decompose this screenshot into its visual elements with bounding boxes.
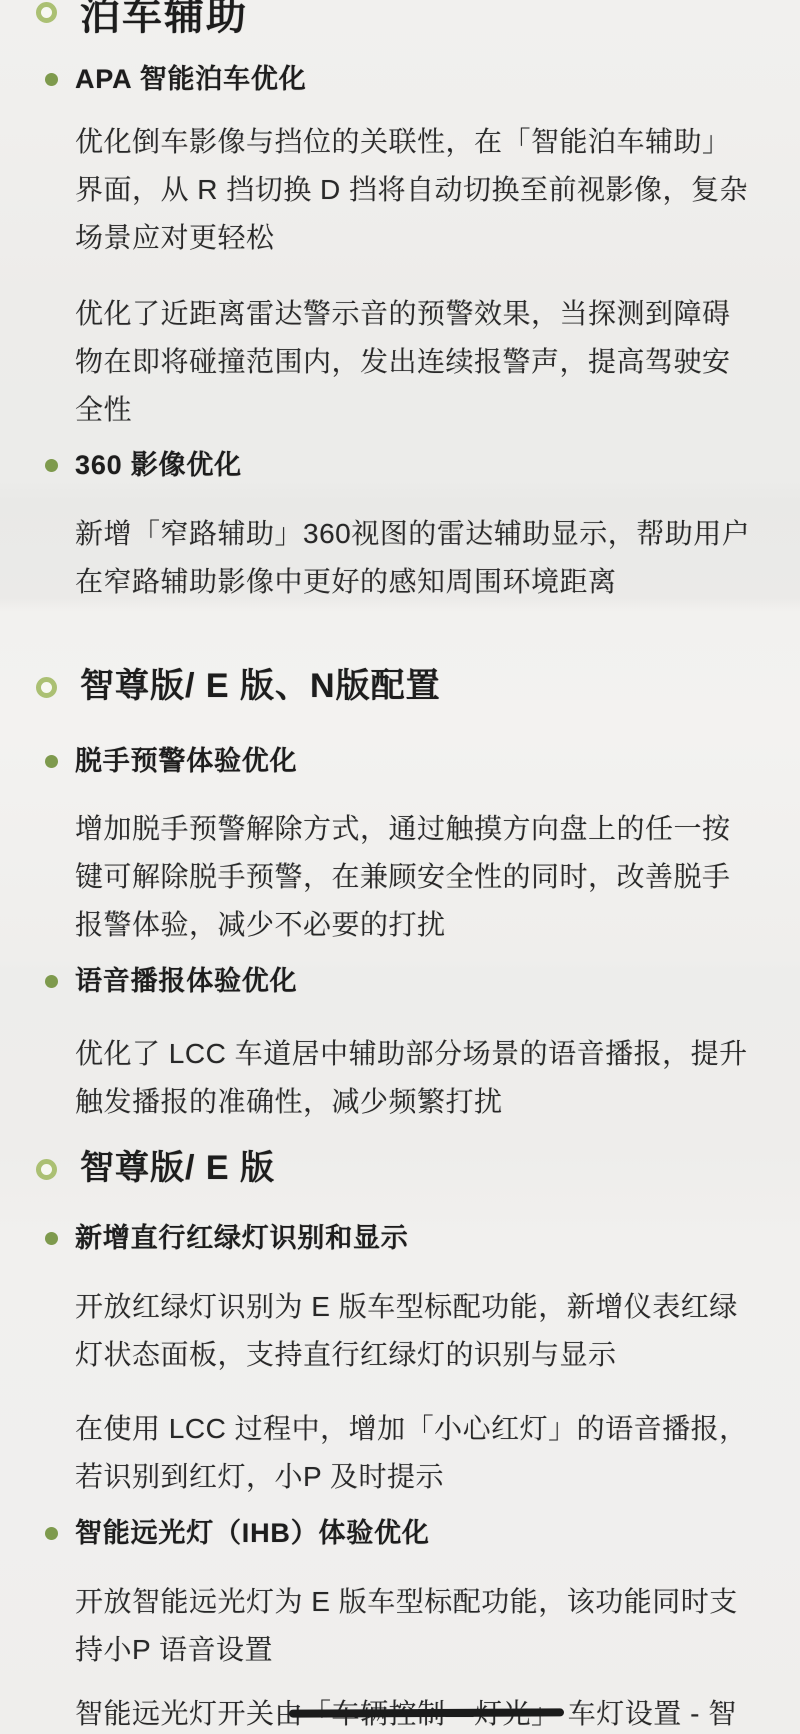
item-heading-text: APA 智能泊车优化 [75,59,307,99]
section-heading-zhizun-e-n: 智尊版/ E 版、N版配置 [36,664,441,708]
section-heading-text: 智尊版/ E 版 [80,1146,275,1190]
strike-suffix-text: 车灯设置 - 智 [560,1698,737,1729]
item-heading-text: 脱手预警体验优化 [75,741,297,781]
item-heading-apa: APA 智能泊车优化 [45,59,307,99]
section-heading-text: 智尊版/ E 版、N版配置 [80,664,441,708]
item-heading-ihb: 智能远光灯（IHB）体验优化 [45,1513,430,1553]
release-notes-page: 泊车辅助 APA 智能泊车优化 优化倒车影像与挡位的关联性，在「智能泊车辅助」界… [0,0,800,1734]
item-heading-traffic-light: 新增直行红绿灯识别和显示 [45,1218,409,1258]
paragraph: 优化倒车影像与挡位的关联性，在「智能泊车辅助」界面，从 R 挡切换 D 挡将自动… [75,118,757,262]
dot-bullet-icon [45,1527,58,1540]
item-heading-text: 语音播报体验优化 [75,961,297,1001]
paragraph: 在使用 LCC 过程中，增加「小心红灯」的语音播报，若识别到红灯，小P 及时提示 [75,1405,757,1501]
strike-prefix-text: 智能远光灯开关由 [75,1698,303,1729]
paragraph: 优化了 LCC 车道居中辅助部分场景的语音播报，提升触发播报的准确性，减少频繁打… [75,1030,757,1126]
item-heading-hands-off-warning: 脱手预警体验优化 [45,741,297,781]
item-heading-text: 360 影像优化 [75,445,242,485]
hollow-circle-bullet-icon [36,677,57,698]
dot-bullet-icon [45,459,58,472]
dot-bullet-icon [45,755,58,768]
item-heading-voice-broadcast: 语音播报体验优化 [45,961,297,1001]
section-heading-parking: 泊车辅助 [36,0,248,38]
paragraph: 增加脱手预警解除方式，通过触摸方向盘上的任一按键可解除脱手预警，在兼顾安全性的同… [75,805,757,949]
paragraph: 开放红绿灯识别为 E 版车型标配功能，新增仪表红绿灯状态面板，支持直行红绿灯的识… [75,1283,757,1379]
dot-bullet-icon [45,975,58,988]
section-heading-text: 泊车辅助 [80,0,248,38]
item-heading-360: 360 影像优化 [45,445,242,485]
hollow-circle-bullet-icon [36,1159,57,1180]
paragraph: 新增「窄路辅助」360视图的雷达辅助显示，帮助用户在窄路辅助影像中更好的感知周围… [75,510,757,606]
item-heading-text: 智能远光灯（IHB）体验优化 [75,1513,430,1553]
paragraph: 开放智能远光灯为 E 版车型标配功能，该功能同时支持小P 语音设置 [75,1578,757,1674]
item-heading-text: 新增直行红绿灯识别和显示 [75,1218,409,1258]
hollow-circle-bullet-icon [36,2,57,23]
section-heading-zhizun-e: 智尊版/ E 版 [36,1146,275,1190]
dot-bullet-icon [45,1232,58,1245]
struck-text: 「车辆控制—灯光」 [303,1690,560,1734]
paragraph: 优化了近距离雷达警示音的预警效果，当探测到障碍物在即将碰撞范围内，发出连续报警声… [75,290,757,434]
paragraph-with-strikethrough: 智能远光灯开关由「车辆控制—灯光」 车灯设置 - 智 [75,1690,757,1734]
dot-bullet-icon [45,73,58,86]
